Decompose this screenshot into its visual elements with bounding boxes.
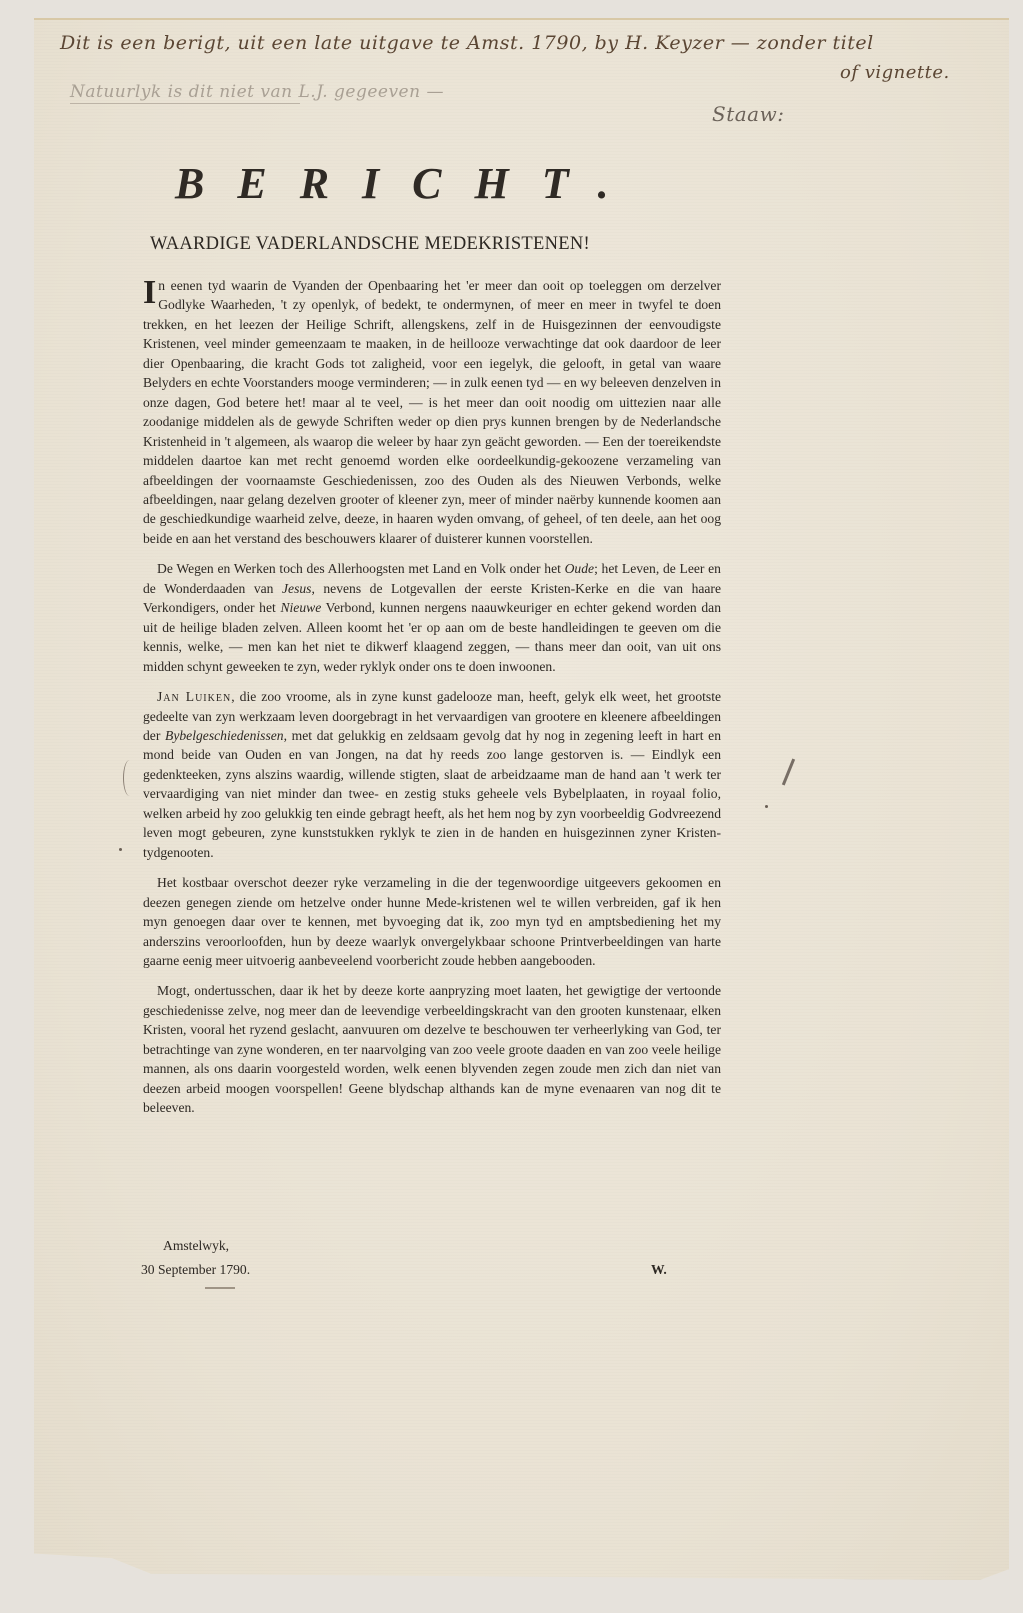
pencil-note: Natuurlyk is dit niet van L.J. gegeeven … xyxy=(70,82,444,102)
paragraph-4: Het kostbaar overschot deezer ryke verza… xyxy=(143,873,721,970)
paragraph-5: Mogt, ondertusschen, daar ik het by deez… xyxy=(143,981,721,1117)
margin-bracket-mark xyxy=(123,760,136,796)
drop-cap: I xyxy=(143,278,156,308)
pencil-underline xyxy=(70,103,300,104)
document-title: BERICHT. xyxy=(175,158,715,209)
paragraph-3: Jan Luiken, die zoo vroome, als in zyne … xyxy=(143,687,721,862)
salutation: WAARDIGE VADERLANDSCHE MEDEKRISTENEN! xyxy=(150,234,590,255)
ink-dot xyxy=(119,848,122,851)
handwritten-name-note: Staaw: xyxy=(712,102,784,126)
date-underline-mark xyxy=(205,1287,235,1289)
date-line: 30 September 1790. xyxy=(141,1262,250,1278)
ink-dot xyxy=(765,805,768,808)
handwritten-note-top: Dit is een berigt, uit een late uitgave … xyxy=(60,32,874,54)
signature: W. xyxy=(651,1262,667,1278)
handwritten-note-top-continued: of vignette. xyxy=(840,62,950,83)
place-line: Amstelwyk, xyxy=(163,1238,229,1254)
paragraph-1: In eenen tyd waarin de Vyanden der Openb… xyxy=(143,276,721,548)
name-jan-luiken: Jan Luiken xyxy=(157,689,231,704)
paragraph-2: De Wegen en Werken toch des Allerhoogste… xyxy=(143,559,721,676)
document-body: In eenen tyd waarin de Vyanden der Openb… xyxy=(143,276,721,1129)
